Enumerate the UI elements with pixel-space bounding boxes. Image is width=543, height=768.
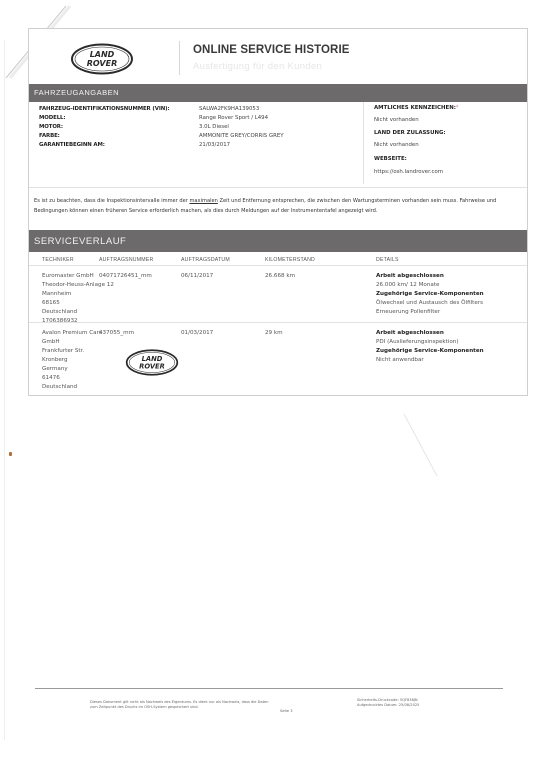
field-label: AMTLICHES KENNZEICHEN: xyxy=(374,105,456,111)
document-subtitle: Ausfertigung für den Kunden xyxy=(193,61,322,72)
dealer-logo: LAND ROVER xyxy=(125,349,179,376)
technician-line: GmbH xyxy=(42,338,102,347)
inspection-notice: Es ist zu beachten, dass die Inspektions… xyxy=(29,187,527,225)
column-technician: TECHNIKER xyxy=(42,257,74,263)
scan-speck xyxy=(9,452,12,456)
details-cell: Arbeit abgeschlossen 26.000 km/ 12 Monat… xyxy=(376,272,484,317)
notice-emphasis: maximalen xyxy=(189,198,217,204)
svg-text:ROVER: ROVER xyxy=(87,59,118,68)
field-value: 21/03/2017 xyxy=(199,142,379,148)
technician-line: 68165 xyxy=(42,299,114,308)
vehicle-details-left: FAHRZEUG-IDENTIFIKATIONSNUMMER (VIN): SA… xyxy=(29,102,364,184)
field-website-label: WEBSEITE: xyxy=(374,156,407,162)
order-date-cell: 06/11/2017 xyxy=(181,272,213,281)
technician-line: 61476 xyxy=(42,374,102,383)
technician-line: Kronberg xyxy=(42,356,102,365)
page-number: Seite 3 xyxy=(280,709,293,713)
document-header: LAND ROVER ONLINE SERVICE HISTORIE Ausfe… xyxy=(29,29,527,84)
technician-line: Frankfurter Str. xyxy=(42,347,102,356)
service-section-header: SERVICEVERLAUF xyxy=(29,230,527,252)
service-history-document: LAND ROVER ONLINE SERVICE HISTORIE Ausfe… xyxy=(28,28,528,396)
document-title: ONLINE SERVICE HISTORIE xyxy=(193,44,350,56)
footer-disclaimer: Dieses Dokument gilt nicht als Nachweis … xyxy=(90,700,270,710)
order-date-cell: 01/03/2017 xyxy=(181,329,213,338)
technician-line: Mannheim xyxy=(42,290,114,299)
technician-line: Avalon Premium Cars xyxy=(42,329,102,338)
vehicle-section-header: FAHRZEUGANGABEN xyxy=(29,84,527,102)
order-number-cell: 437055_mm xyxy=(99,329,134,338)
print-date: Aufgedrucktes Datum: 25/08/2025 xyxy=(357,703,419,708)
notice-text: Es ist zu beachten, dass die Inspektions… xyxy=(34,198,189,204)
field-website-link[interactable]: https://osh.landrover.com xyxy=(374,169,443,175)
technician-line: Theodor-Heuss-Anlage 12 xyxy=(42,281,114,290)
column-mileage: KILOMETERSTAND xyxy=(265,257,315,263)
field-value: Range Rover Sport / L494 xyxy=(199,115,379,121)
details-line: PDI (Auslieferungsinspektion) xyxy=(376,338,484,347)
footer-divider xyxy=(35,688,503,689)
field-label: FARBE: xyxy=(39,133,199,139)
field-label: GARANTIEBEGINN AM: xyxy=(39,142,199,148)
vehicle-details: FAHRZEUG-IDENTIFIKATIONSNUMMER (VIN): SA… xyxy=(29,102,527,184)
details-line: Zugehörige Service-Komponenten xyxy=(376,347,484,356)
footer-print-info: Sicherheits-Druckcode: 5QF838JN Aufgedru… xyxy=(357,698,419,708)
technician-line: Germany xyxy=(42,365,102,374)
service-table-header: TECHNIKER AUFTRAGSNUMMER AUFTRAGSDATUM K… xyxy=(29,252,527,266)
details-line: Zugehörige Service-Komponenten xyxy=(376,290,484,299)
field-label: FAHRZEUG-IDENTIFIKATIONSNUMMER (VIN): xyxy=(39,106,199,112)
field-value: SALWA2FK9HA139053 xyxy=(199,106,379,112)
technician-line: Deutschland xyxy=(42,308,114,317)
mileage-cell: 29 km xyxy=(265,329,283,338)
field-country-value: Nicht vorhanden xyxy=(374,142,419,148)
details-line: Arbeit abgeschlossen xyxy=(376,272,484,281)
details-line: Nicht anwendbar xyxy=(376,356,484,365)
header-divider xyxy=(179,41,180,75)
land-rover-logo: LAND ROVER xyxy=(70,43,134,75)
technician-line: Deutschland xyxy=(42,383,102,392)
details-line: Ölwechsel und Austausch des Ölfilters xyxy=(376,299,484,308)
scan-crease xyxy=(404,414,438,476)
footnote-marker: * xyxy=(456,105,459,111)
order-number-cell: 04071726451_mm xyxy=(99,272,152,281)
field-registration-label: AMTLICHES KENNZEICHEN:* xyxy=(374,105,458,111)
details-line: Erneuerung Pollenfilter xyxy=(376,308,484,317)
svg-text:ROVER: ROVER xyxy=(139,362,165,370)
details-cell: Arbeit abgeschlossen PDI (Auslieferungsi… xyxy=(376,329,484,365)
mileage-cell: 26.668 km xyxy=(265,272,295,281)
column-order-number: AUFTRAGSNUMMER xyxy=(99,257,153,263)
field-country-label: LAND DER ZULASSUNG: xyxy=(374,130,446,136)
land-rover-logo: LAND ROVER xyxy=(125,349,179,376)
field-registration-value: Nicht vorhanden xyxy=(374,117,419,123)
svg-text:LAND: LAND xyxy=(90,50,115,59)
scan-edge xyxy=(4,40,5,740)
details-line: 26.000 km/ 12 Monate xyxy=(376,281,484,290)
field-label: MODELL: xyxy=(39,115,199,121)
field-value: AMMONITE GREY/CORRIS GREY xyxy=(199,133,379,139)
technician-cell: Avalon Premium Cars GmbH Frankfurter Str… xyxy=(42,329,102,392)
table-row: Euromaster GmbH Theodor-Heuss-Anlage 12 … xyxy=(29,266,527,323)
field-value: 3.0L Diesel xyxy=(199,124,379,130)
field-label: MOTOR: xyxy=(39,124,199,130)
details-line: Arbeit abgeschlossen xyxy=(376,329,484,338)
column-order-date: AUFTRAGSDATUM xyxy=(181,257,230,263)
table-row: Avalon Premium Cars GmbH Frankfurter Str… xyxy=(29,323,527,395)
column-details: DETAILS xyxy=(376,257,399,263)
